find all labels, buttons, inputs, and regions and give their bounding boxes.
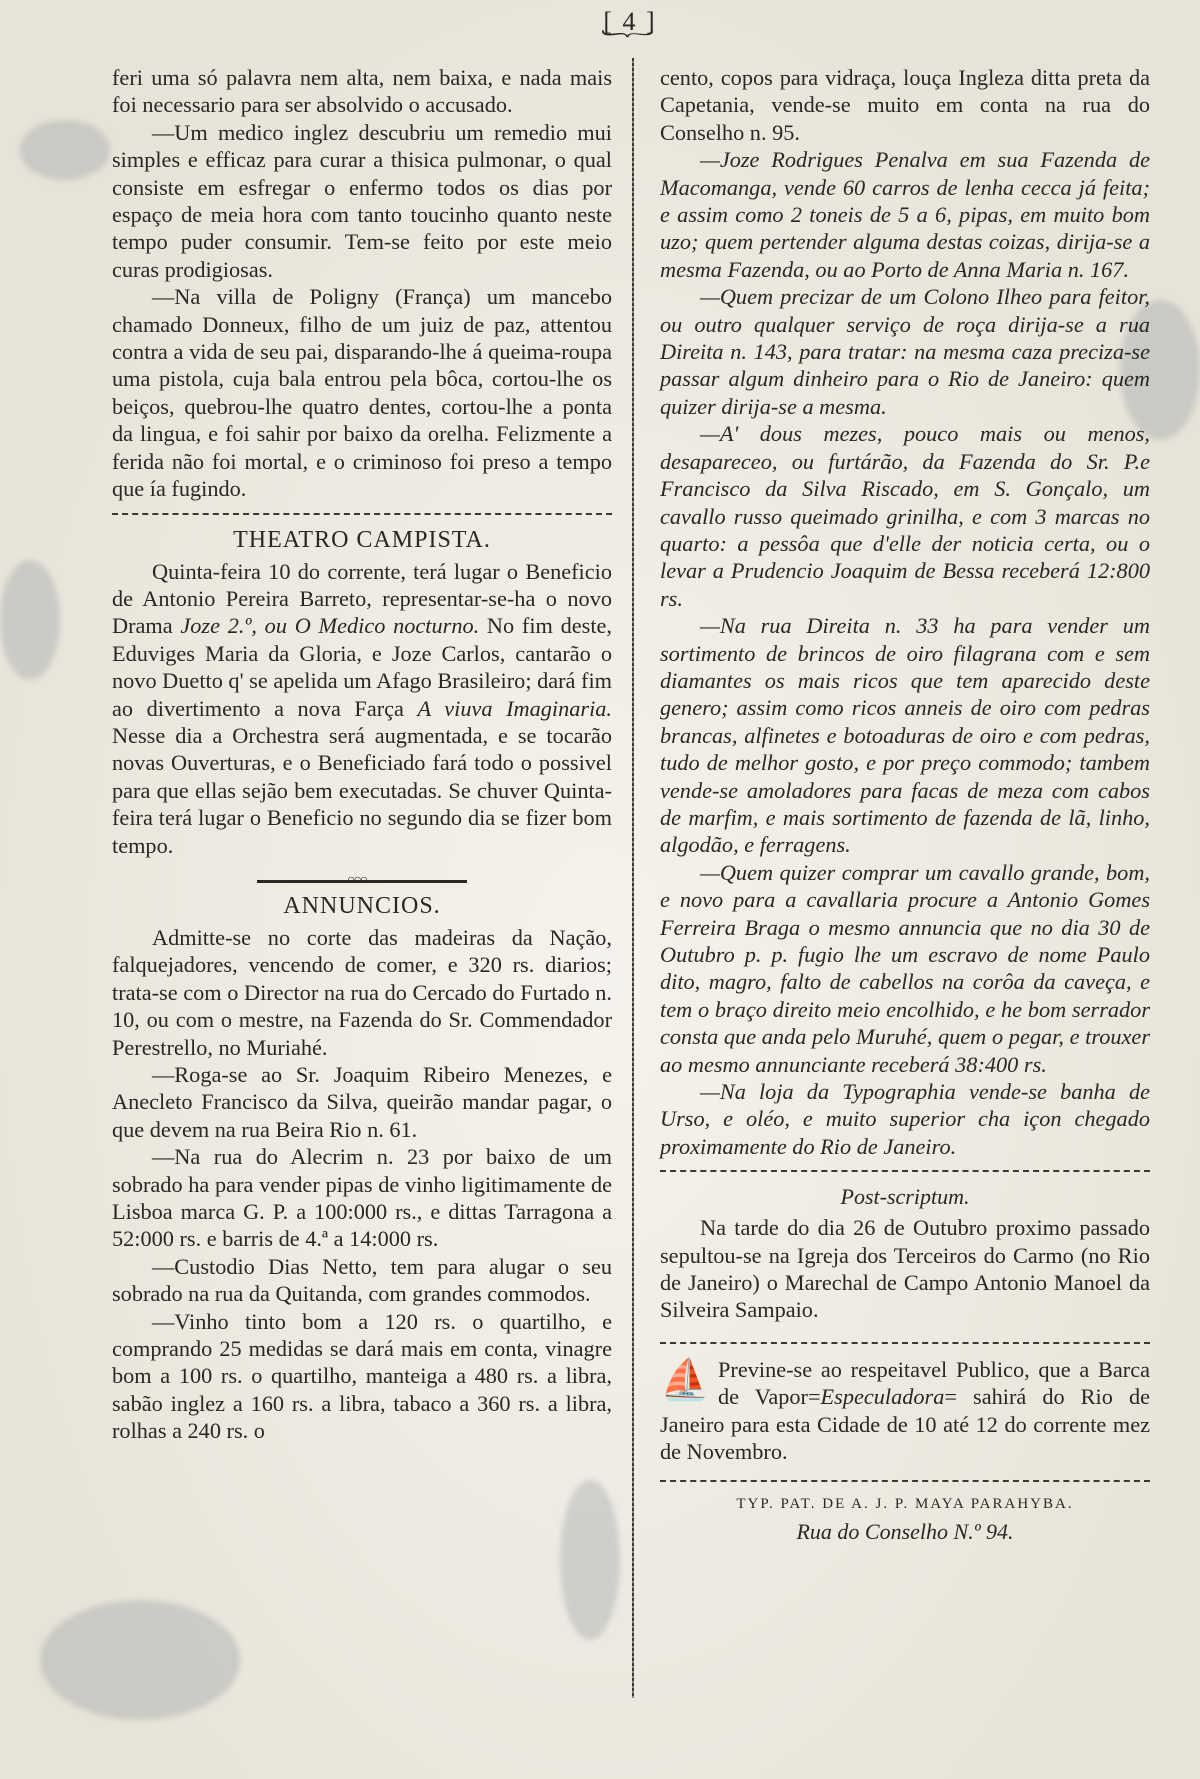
water-stain: [40, 1600, 240, 1720]
water-stain: [20, 120, 110, 180]
steamboat-notice: ⛵ Previne-se ao respeitavel Publico, que…: [660, 1356, 1150, 1466]
advertisement: Admitte-se no corte das madeiras da Naçã…: [112, 924, 612, 1061]
advertisement: —Joze Rodrigues Penalva em sua Fazenda d…: [660, 146, 1150, 283]
right-column: cento, copos para vidraça, louça Ingleza…: [660, 64, 1150, 1545]
water-stain: [0, 560, 60, 680]
post-scriptum-text: Na tarde do dia 26 de Outubro proximo pa…: [660, 1214, 1150, 1324]
advertisement: —Custodio Dias Netto, tem para alugar o …: [112, 1253, 612, 1308]
farce-title: A viuva Imaginaria.: [417, 696, 612, 721]
section-rule: [660, 1480, 1150, 1482]
news-paragraph: feri uma só palavra nem alta, nem baixa,…: [112, 64, 612, 119]
advertisement: —Vinho tinto bom a 120 rs. o quartilho, …: [112, 1308, 612, 1445]
news-paragraph: —Na villa de Poligny (França) um mancebo…: [112, 283, 612, 502]
steamboat-notice-text: Previne-se ao respeitavel Publico, que a…: [660, 1356, 1150, 1466]
theatre-heading: THEATRO CAMPISTA.: [112, 527, 612, 554]
post-scriptum-heading: Post-scriptum.: [660, 1184, 1150, 1210]
printer-address: Rua do Conselho N.º 94.: [660, 1519, 1150, 1545]
ornament-knot-icon: ○○○: [347, 874, 366, 888]
section-rule: [660, 1170, 1150, 1172]
advertisement: —Na loja da Typographia vende-se banha d…: [660, 1078, 1150, 1160]
advertisement: cento, copos para vidraça, louça Ingleza…: [660, 64, 1150, 146]
advertisement: —Na rua do Alecrim n. 23 por baixo de um…: [112, 1143, 612, 1253]
ornamental-divider: ○○○: [257, 877, 467, 887]
ship-name: Especuladora: [821, 1384, 945, 1409]
column-divider: [632, 58, 634, 1698]
steamboat-icon: ⛵: [660, 1358, 708, 1404]
news-paragraph: —Um medico inglez descubriu um remedio m…: [112, 119, 612, 283]
printer-imprint: TYP. PAT. DE A. J. P. MAYA PARAHYBA.: [660, 1496, 1150, 1513]
advertisement: —Quem quizer comprar um cavallo grande, …: [660, 859, 1150, 1078]
theatre-notice: Quinta-feira 10 do corrente, terá lugar …: [112, 558, 612, 859]
advertisement: —Na rua Direita n. 33 ha para vender um …: [660, 612, 1150, 859]
advertisement: —A' dous mezes, pouco mais ou menos, des…: [660, 420, 1150, 612]
advertisement: —Roga-se ao Sr. Joaquim Ribeiro Menezes,…: [112, 1061, 612, 1143]
section-rule: [112, 513, 612, 515]
ornament-brace-icon: ︸: [526, 36, 734, 48]
drama-title: Joze 2.º, ou O Medico nocturno.: [180, 613, 479, 638]
annuncios-heading: ANNUNCIOS.: [112, 893, 612, 920]
water-stain: [560, 1480, 620, 1640]
page-number: [ 4 ] ︸: [590, 8, 670, 48]
left-column: feri uma só palavra nem alta, nem baixa,…: [112, 64, 612, 1445]
section-rule: [660, 1342, 1150, 1344]
advertisement: —Quem precizar de um Colono Ilheo para f…: [660, 283, 1150, 420]
